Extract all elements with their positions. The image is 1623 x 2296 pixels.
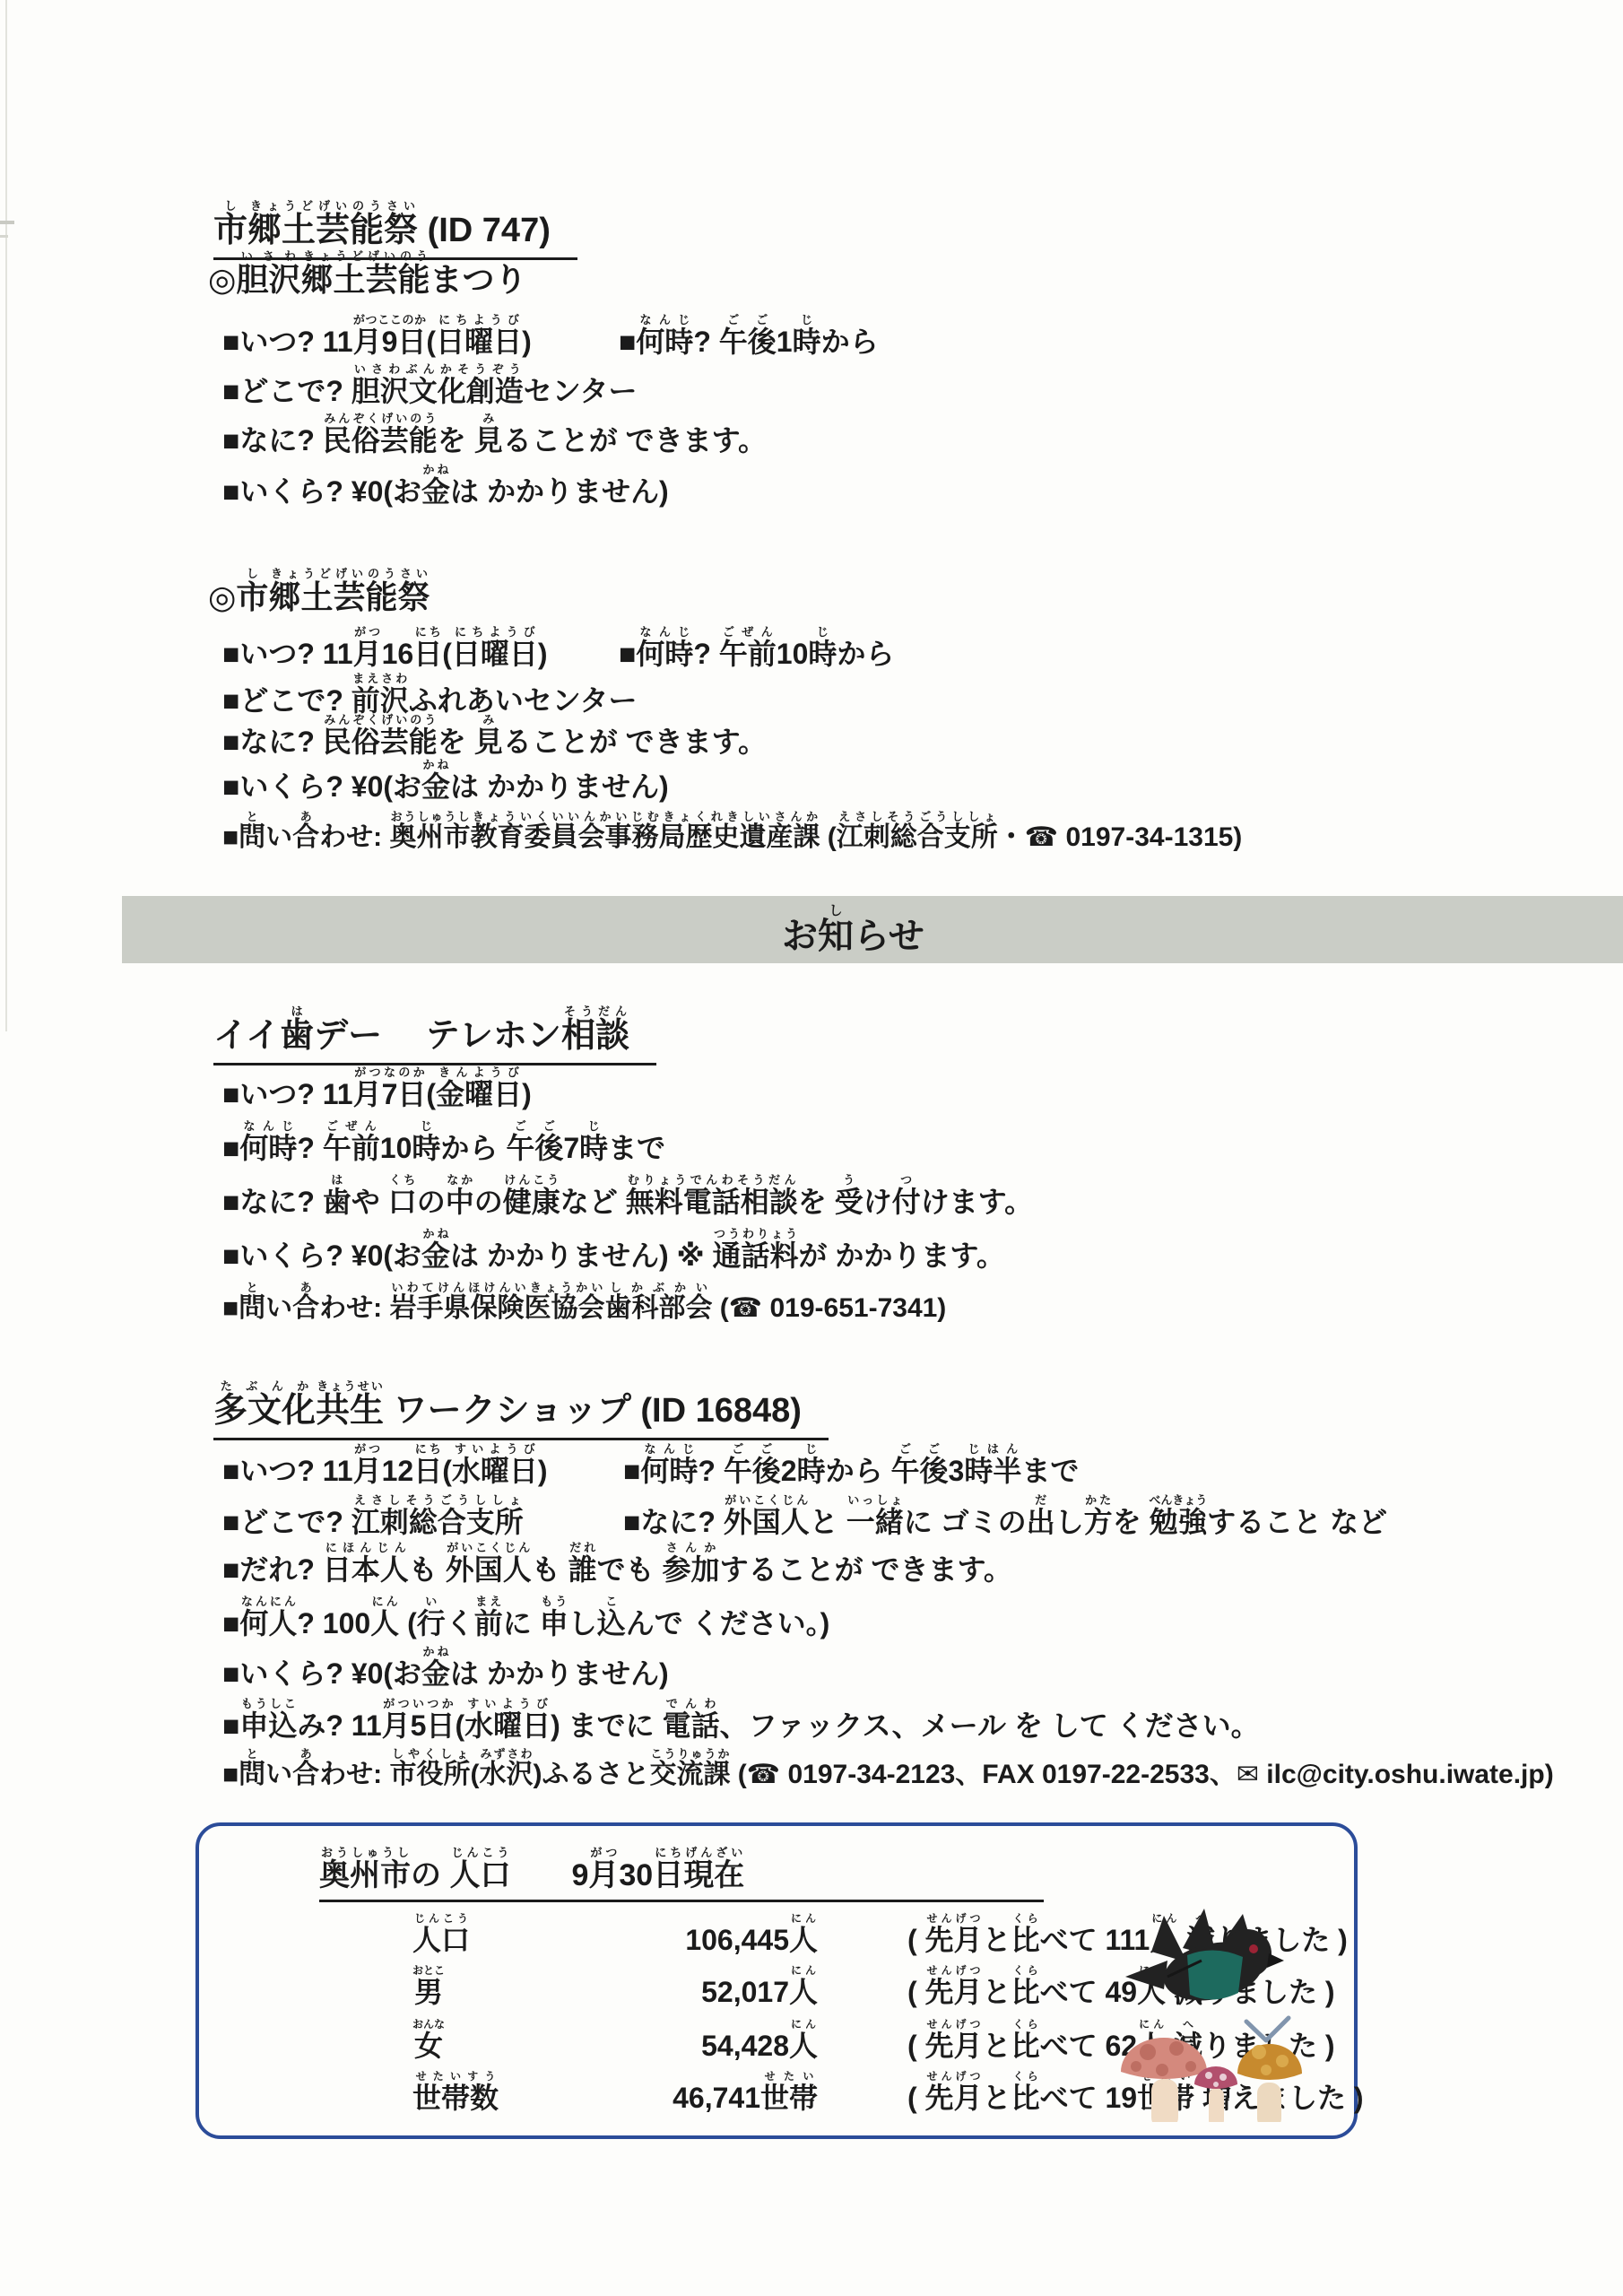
section-title-tooth-day: イイ歯はデー テレホン相談そうだん — [213, 1004, 656, 1065]
row-where: ■どこで? 前沢まえさわふれあいセンター — [222, 672, 638, 717]
section-title-text: イイ歯はデー テレホン相談そうだん — [213, 1004, 656, 1065]
time-text: ■何時なんじ? 午前ごぜん10時じから — [619, 625, 894, 671]
row-when: ■いつ? 11月がつ16日にち(日曜日にちようび) ■何時なんじ? 午前ごぜん1… — [222, 625, 548, 671]
scan-tick-artifact — [0, 221, 14, 224]
when-text: ■いつ? 11月がつ12日にち(水曜日すいようび) — [222, 1455, 548, 1487]
who-text: ■だれ? 日本人にほんじんも 外国人がいこくじんも 誰だれでも 参加さんかするこ… — [222, 1553, 1012, 1586]
where-text: ■どこで? 前沢まえさわふれあいセンター — [222, 684, 638, 717]
when-text: ■いつ? 11月がつ16日にち(日曜日にちようび) — [222, 638, 548, 670]
row-value: 46,741世帯せたい — [558, 2070, 818, 2117]
row-apply: ■申込もうしこみ? 11月5日がついつか(水曜日すいようび) までに 電話でんわ… — [222, 1697, 1260, 1743]
contact-text: ■問とい合あわせ: 奥州市おうしゅうし教育委員会事務局歴史遺産課きょういくいいん… — [222, 822, 1242, 852]
scan-edge-artifact — [5, 0, 7, 1031]
row-label: 女おんな — [412, 2018, 445, 2065]
row-where: ■どこで? 江刺総合支所えさしそうごうししょ ■なに? 外国人がいこくじんと 一… — [222, 1493, 524, 1539]
time-text: ■何時なんじ? 午前ごぜん10時じから 午後ごご7時じまで — [222, 1132, 665, 1164]
apply-text: ■申込もうしこみ? 11月5日がついつか(水曜日すいようび) までに 電話でんわ… — [222, 1709, 1260, 1742]
row-cost: ■いくら? ¥0(お金かねは かかりません) — [222, 758, 669, 804]
mushroom-red — [1194, 2066, 1237, 2122]
crow-and-mushrooms-illustration — [1112, 1907, 1345, 2122]
event-title-isawa: ◎胆沢いさわ郷土芸能きょうどげいのうまつり — [208, 249, 526, 298]
row-label: 世帯数せたいすう — [412, 2070, 499, 2117]
row-time: ■何時なんじ? 午前ごぜん10時じから 午後ごご7時じまで — [222, 1119, 665, 1165]
row-count: ■何人なんにん? 100人にん (行いく前まえに 申もうし込こんで ください。) — [222, 1595, 829, 1640]
row-cost: ■いくら? ¥0(お金かねは かかりません) — [222, 1645, 669, 1691]
time-text: ■何時なんじ? 午後ごご1時じから — [619, 313, 879, 359]
notice-band-label: お知しらせ — [782, 903, 924, 959]
contact-text: ■問とい合あわせ: 市役所しやくしょ(水沢みずさわ)ふるさと交流課こうりゅうか … — [222, 1760, 1554, 1789]
crow-illustration — [1125, 1909, 1284, 2009]
row-where: ■どこで? 胆沢文化創造いさわぶんかそうぞうセンター — [222, 362, 638, 408]
cost-text: ■いくら? ¥0(お金かねは かかりません) — [222, 475, 669, 508]
cost-text: ■いくら? ¥0(お金かねは かかりません) — [222, 770, 669, 803]
row-what: ■なに? 歯はや 口くちの中なかの健康けんこうなど 無料電話相談むりょうでんわそ… — [222, 1173, 1033, 1219]
row-what: ■なに? 民俗芸能みんぞくげいのうを 見みることが できます。 — [222, 713, 767, 759]
row-when: ■いつ? 11月9日がつここのか(日曜日にちようび) ■何時なんじ? 午後ごご1… — [222, 313, 532, 359]
row-cost: ■いくら? ¥0(お金かねは かかりません) ※ 通話料つうわりょうが かかりま… — [222, 1227, 1005, 1273]
chevron-mark — [1246, 2018, 1289, 2040]
what-text: ■なに? 民俗芸能みんぞくげいのうを 見みることが できます。 — [222, 726, 767, 758]
mushroom-pink — [1121, 2038, 1207, 2122]
event-title-shi-geinousai: ◎市し郷土芸能祭きょうどげいのうさい — [208, 567, 430, 615]
cost-text: ■いくら? ¥0(お金かねは かかりません) — [222, 1657, 669, 1690]
when-text: ■いつ? 11月9日がつここのか(日曜日にちようび) — [222, 326, 532, 358]
where-text: ■どこで? 江刺総合支所えさしそうごうししょ — [222, 1506, 524, 1538]
mushroom-orange — [1237, 2044, 1302, 2122]
section-title-workshop: 多文化たぶんか共生きょうせい ワークショップ (ID 16848) — [213, 1379, 829, 1440]
scanned-newsletter-page: 市し郷土芸能祭きょうどげいのうさい (ID 747) ◎胆沢いさわ郷土芸能きょう… — [0, 0, 1623, 2296]
cost-text: ■いくら? ¥0(お金かねは かかりません) ※ 通話料つうわりょうが かかりま… — [222, 1239, 1005, 1272]
row-cost: ■いくら? ¥0(お金かねは かかりません) — [222, 463, 669, 509]
what-text: ■なに? 外国人がいこくじんと 一緒いっしょに ゴミの出だし方かたを 勉強べんき… — [623, 1493, 1387, 1539]
count-text: ■何人なんにん? 100人にん (行いく前まえに 申もうし込こんで ください。) — [222, 1607, 829, 1639]
section-title-text: 多文化たぶんか共生きょうせい ワークショップ (ID 16848) — [213, 1379, 829, 1440]
scan-tick-artifact — [0, 235, 8, 238]
row-label: 男おとこ — [412, 1964, 445, 2011]
row-when: ■いつ? 11月がつ12日にち(水曜日すいようび) ■何時なんじ? 午後ごご2時… — [222, 1442, 548, 1488]
time-text: ■何時なんじ? 午後ごご2時じから 午後ごご3時半じはんまで — [623, 1442, 1079, 1488]
what-text: ■なに? 民俗芸能みんぞくげいのうを 見みることが できます。 — [222, 424, 767, 457]
row-contact-festival: ■問とい合あわせ: 奥州市おうしゅうし教育委員会事務局歴史遺産課きょういくいいん… — [222, 810, 1242, 854]
row-label: 人口じんこう — [412, 1912, 470, 1959]
row-who: ■だれ? 日本人にほんじんも 外国人がいこくじんも 誰だれでも 参加さんかするこ… — [222, 1541, 1012, 1587]
row-value: 54,428人にん — [558, 2018, 818, 2065]
notice-band: お知しらせ — [122, 896, 1623, 963]
row-contact-workshop: ■問とい合あわせ: 市役所しやくしょ(水沢みずさわ)ふるさと交流課こうりゅうか … — [222, 1747, 1554, 1791]
where-text: ■どこで? 胆沢文化創造いさわぶんかそうぞうセンター — [222, 375, 638, 407]
row-contact-tooth: ■問とい合あわせ: 岩手県保険医協会いわてけんほけんいきょうかい歯科部会しかぶか… — [222, 1281, 946, 1325]
row-when: ■いつ? 11月7日がつなのか(金曜日きんようび) — [222, 1065, 532, 1111]
row-what: ■なに? 民俗芸能みんぞくげいのうを 見みることが できます。 — [222, 412, 767, 457]
row-value: 52,017人にん — [558, 1964, 818, 2011]
row-value: 106,445人にん — [558, 1912, 818, 1959]
contact-text: ■問とい合あわせ: 岩手県保険医協会いわてけんほけんいきょうかい歯科部会しかぶか… — [222, 1293, 946, 1323]
what-text: ■なに? 歯はや 口くちの中なかの健康けんこうなど 無料電話相談むりょうでんわそ… — [222, 1186, 1033, 1218]
population-title: 奥州市おうしゅうしの 人口じんこう 9月がつ30日現在にちげんざい — [319, 1846, 1044, 1902]
when-text: ■いつ? 11月7日がつなのか(金曜日きんようび) — [222, 1078, 532, 1110]
